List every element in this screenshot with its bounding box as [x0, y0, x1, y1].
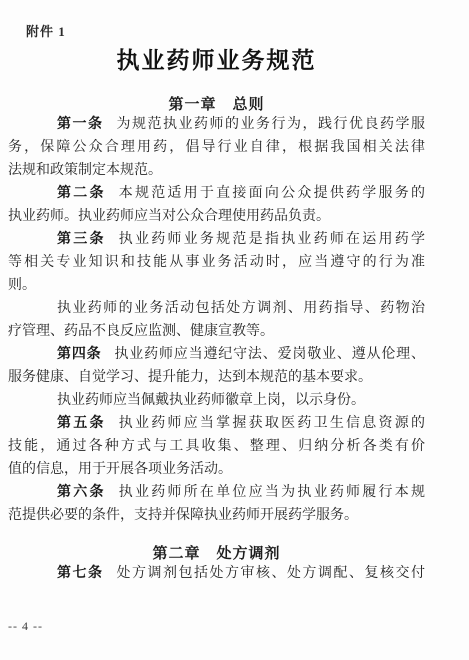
article-number-label: 第五条 [57, 416, 106, 431]
article-number-label: 第二条 [57, 186, 106, 201]
paragraph-text: 本规范适用于直接面向公众提供药学服务的 [119, 186, 425, 201]
paragraph-line: 等相关专业知识和技能从事业务活动时，应当遵守的行为准 [8, 251, 425, 274]
paragraph-line: 第三条执业药师业务规范是指执业药师在运用药学 [8, 228, 425, 251]
article-number-label: 第四条 [57, 347, 101, 362]
document-body: 第一章 总则第一条为规范执业药师的业务行为，践行优良药学服务，保障公众合理用药，… [8, 97, 425, 585]
paragraph-text: 处方调剂包括处方审核、处方调配、复核交付 [117, 566, 426, 581]
paragraph-line: 第六条执业药师所在单位应当为执业药师履行本规 [8, 481, 425, 504]
paragraph-line: 疗管理、药品不良反应监测、健康宣教等。 [8, 320, 425, 343]
paragraph-line: 第四条执业药师应当遵纪守法、爱岗敬业、遵从伦理、 [8, 343, 425, 366]
document-title: 执业药师业务规范 [8, 49, 425, 73]
paragraph-line: 法规和政策制定本规范。 [8, 159, 425, 182]
paragraph-line: 执业药师。执业药师应当对公众合理使用药品负责。 [8, 205, 425, 228]
paragraph-line: 第五条执业药师应当掌握获取医药卫生信息资源的 [8, 412, 425, 435]
article-number-label: 第七条 [57, 566, 104, 581]
page-number: -- 4 -- [8, 620, 43, 633]
paragraph-line: 执业药师应当佩戴执业药师徽章上岗，以示身份。 [8, 389, 425, 412]
document-page: 附件 1 执业药师业务规范 第一章 总则第一条为规范执业药师的业务行为，践行优良… [0, 0, 469, 660]
paragraph-line: 第七条处方调剂包括处方审核、处方调配、复核交付 [8, 562, 425, 585]
document-content: 附件 1 执业药师业务规范 第一章 总则第一条为规范执业药师的业务行为，践行优良… [0, 0, 469, 585]
paragraph-text: 执业药师应当遵纪守法、爱岗敬业、遵从伦理、 [114, 347, 425, 362]
paragraph-line: 执业药师的业务活动包括处方调剂、用药指导、药物治 [8, 297, 425, 320]
paragraph-line: 值的信息，用于开展各项业务活动。 [8, 458, 425, 481]
paragraph-line: 服务健康、自觉学习、提升能力，达到本规范的基本要求。 [8, 366, 425, 389]
paragraph-line: 第一条为规范执业药师的业务行为，践行优良药学服 [8, 113, 425, 136]
article-number-label: 第三条 [57, 232, 106, 247]
paragraph-line: 务，保障公众合理用药，倡导行业自律，根据我国相关法律 [8, 136, 425, 159]
paragraph-text: 执业药师所在单位应当为执业药师履行本规 [119, 485, 425, 500]
paragraph-line: 第二条本规范适用于直接面向公众提供药学服务的 [8, 182, 425, 205]
attachment-label: 附件 1 [26, 25, 425, 39]
paragraph-text: 为规范执业药师的业务行为，践行优良药学服 [117, 117, 426, 132]
article-number-label: 第六条 [57, 485, 106, 500]
paragraph-line: 技能，通过各种方式与工具收集、整理、归纳分析各类有价 [8, 435, 425, 458]
chapter-heading: 第一章 总则 [8, 97, 425, 113]
paragraph-text: 执业药师应当掌握获取医药卫生信息资源的 [119, 416, 425, 431]
chapter-heading: 第二章 处方调剂 [8, 546, 425, 562]
paragraph-text: 执业药师业务规范是指执业药师在运用药学 [119, 232, 425, 247]
paragraph-line: 则。 [8, 274, 425, 297]
paragraph-line: 范提供必要的条件，支持并保障执业药师开展药学服务。 [8, 504, 425, 527]
article-number-label: 第一条 [57, 117, 104, 132]
